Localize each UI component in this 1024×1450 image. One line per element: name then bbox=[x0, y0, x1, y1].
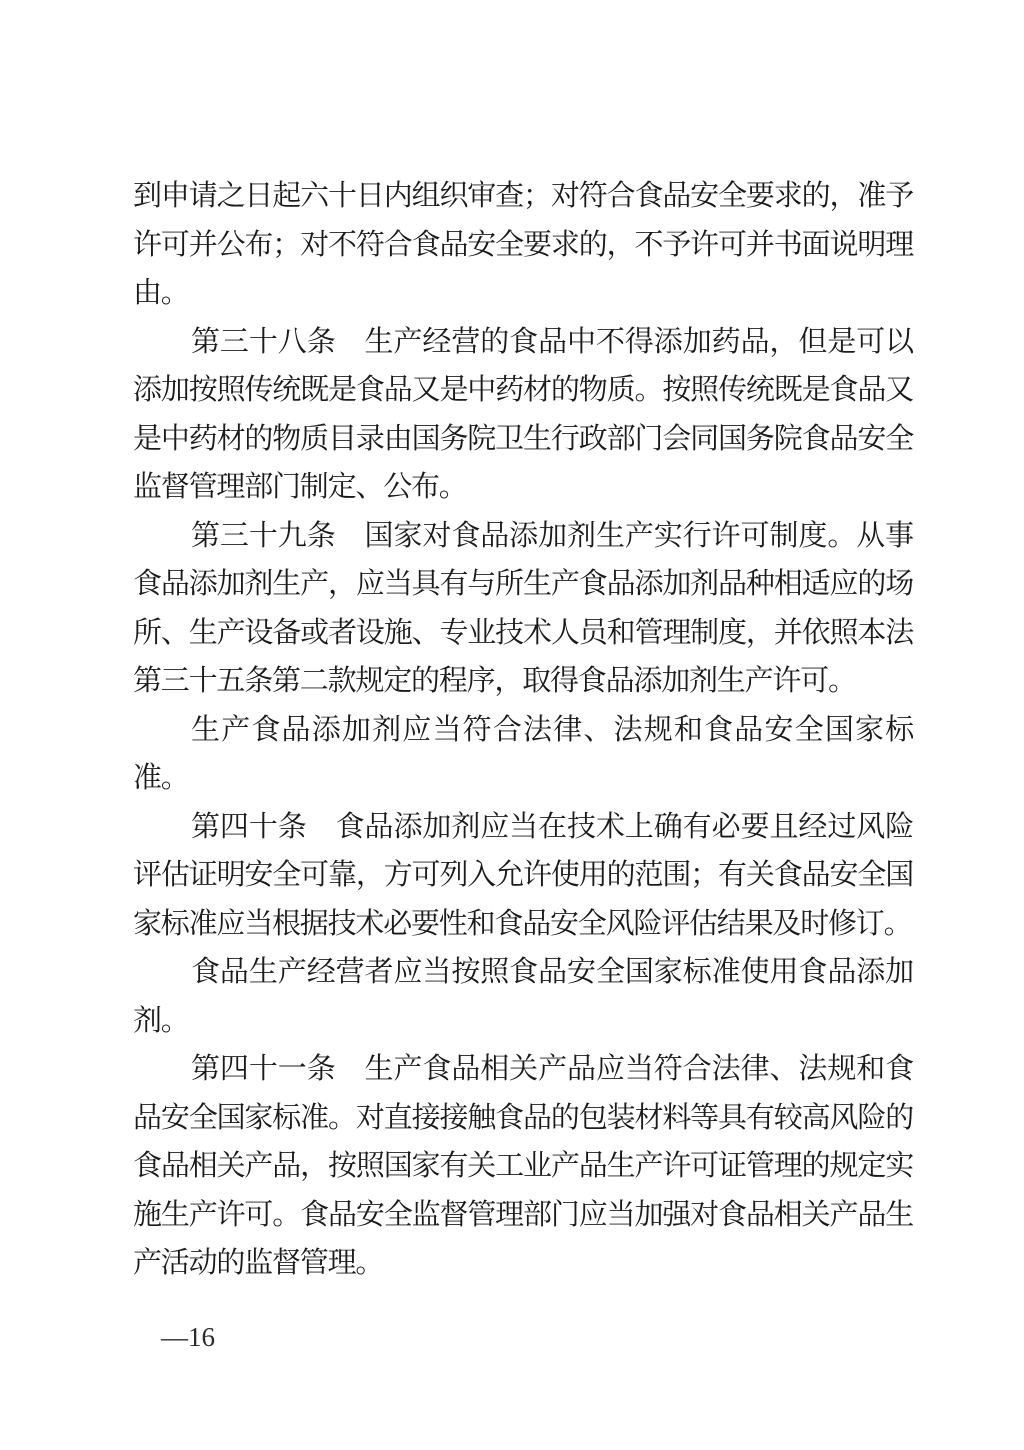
paragraph: 到申请之日起六十日内组织审查；对符合食品安全要求的，准予许可并公布；对不符合食品… bbox=[133, 172, 913, 318]
paragraph: 生产食品添加剂应当符合法律、法规和食品安全国家标准。 bbox=[133, 706, 913, 803]
document-page: 到申请之日起六十日内组织审查；对符合食品安全要求的，准予许可并公布；对不符合食品… bbox=[0, 0, 1024, 1450]
paragraph: 第三十八条 生产经营的食品中不得添加药品，但是可以添加按照传统既是食品又是中药材… bbox=[133, 318, 913, 512]
paragraph: 第四十一条 生产食品相关产品应当符合法律、法规和食品安全国家标准。对直接接触食品… bbox=[133, 1045, 913, 1288]
paragraph: 第四十条 食品添加剂应当在技术上确有必要且经过风险评估证明安全可靠，方可列入允许… bbox=[133, 803, 913, 949]
document-body: 到申请之日起六十日内组织审查；对符合食品安全要求的，准予许可并公布；对不符合食品… bbox=[133, 172, 913, 1288]
paragraph: 第三十九条 国家对食品添加剂生产实行许可制度。从事食品添加剂生产，应当具有与所生… bbox=[133, 512, 913, 706]
page-number: —16 bbox=[161, 1322, 215, 1353]
paragraph: 食品生产经营者应当按照食品安全国家标准使用食品添加剂。 bbox=[133, 948, 913, 1045]
